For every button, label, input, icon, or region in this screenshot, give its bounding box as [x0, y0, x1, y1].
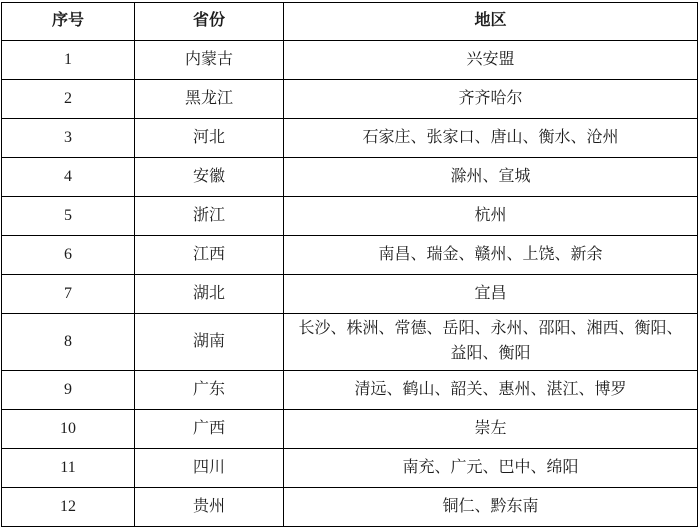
table-row: 8 湖南 长沙、株洲、常德、岳阳、永州、邵阳、湘西、衡阳、益阳、衡阳	[2, 314, 698, 371]
province-cell: 贵州	[135, 488, 284, 527]
regions-cell: 石家庄、张家口、唐山、衡水、沧州	[284, 119, 698, 158]
province-cell: 广东	[135, 371, 284, 410]
index-cell: 11	[2, 449, 135, 488]
regions-cell: 清远、鹤山、韶关、惠州、湛江、博罗	[284, 371, 698, 410]
regions-cell: 铜仁、黔东南	[284, 488, 698, 527]
table-row: 6 江西 南昌、瑞金、赣州、上饶、新余	[2, 236, 698, 275]
regions-cell: 滁州、宣城	[284, 158, 698, 197]
regions-cell: 南充、广元、巴中、绵阳	[284, 449, 698, 488]
regions-cell: 宜昌	[284, 275, 698, 314]
province-cell: 江西	[135, 236, 284, 275]
index-cell: 12	[2, 488, 135, 527]
province-cell: 安徽	[135, 158, 284, 197]
index-cell: 3	[2, 119, 135, 158]
index-cell: 6	[2, 236, 135, 275]
table-row: 10 广西 崇左	[2, 410, 698, 449]
regions-cell: 齐齐哈尔	[284, 80, 698, 119]
index-cell: 7	[2, 275, 135, 314]
province-cell: 内蒙古	[135, 41, 284, 80]
province-cell: 四川	[135, 449, 284, 488]
regions-cell: 杭州	[284, 197, 698, 236]
province-cell: 浙江	[135, 197, 284, 236]
regions-cell: 南昌、瑞金、赣州、上饶、新余	[284, 236, 698, 275]
index-cell: 9	[2, 371, 135, 410]
table-row: 9 广东 清远、鹤山、韶关、惠州、湛江、博罗	[2, 371, 698, 410]
table-row: 12 贵州 铜仁、黔东南	[2, 488, 698, 527]
province-cell: 湖北	[135, 275, 284, 314]
index-cell: 1	[2, 41, 135, 80]
header-row: 序号 省份 地区	[2, 3, 698, 41]
table-row: 3 河北 石家庄、张家口、唐山、衡水、沧州	[2, 119, 698, 158]
province-cell: 广西	[135, 410, 284, 449]
province-cell: 黑龙江	[135, 80, 284, 119]
table-row: 11 四川 南充、广元、巴中、绵阳	[2, 449, 698, 488]
index-cell: 10	[2, 410, 135, 449]
province-cell: 湖南	[135, 314, 284, 371]
regions-cell: 长沙、株洲、常德、岳阳、永州、邵阳、湘西、衡阳、益阳、衡阳	[284, 314, 698, 371]
province-region-table: 序号 省份 地区 1 内蒙古 兴安盟 2 黑龙江 齐齐哈尔 3 河北 石家庄、张…	[1, 2, 698, 527]
index-cell: 5	[2, 197, 135, 236]
province-cell: 河北	[135, 119, 284, 158]
regions-cell: 崇左	[284, 410, 698, 449]
header-cell-region: 地区	[284, 3, 698, 41]
index-cell: 2	[2, 80, 135, 119]
table-row: 1 内蒙古 兴安盟	[2, 41, 698, 80]
header-cell-province: 省份	[135, 3, 284, 41]
table-row: 5 浙江 杭州	[2, 197, 698, 236]
table-row: 2 黑龙江 齐齐哈尔	[2, 80, 698, 119]
header-cell-index: 序号	[2, 3, 135, 41]
table-row: 4 安徽 滁州、宣城	[2, 158, 698, 197]
index-cell: 8	[2, 314, 135, 371]
table-row: 7 湖北 宜昌	[2, 275, 698, 314]
regions-cell: 兴安盟	[284, 41, 698, 80]
index-cell: 4	[2, 158, 135, 197]
